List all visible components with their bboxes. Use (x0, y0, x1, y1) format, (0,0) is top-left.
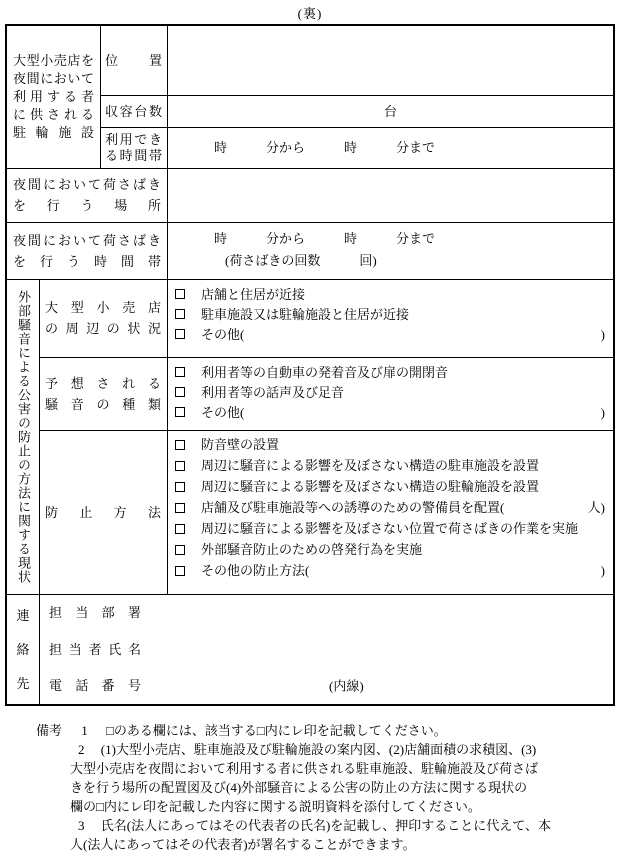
checkbox[interactable] (175, 461, 185, 471)
checkbox-label: 利用者等の話声及び足音 (201, 384, 344, 401)
checkbox[interactable] (175, 545, 185, 555)
note-text: 人(法人にあってはその代表者)が署名することができます。 (70, 837, 416, 852)
checkbox-item: 店舗及び駐車施設等への誘導のための警備員を配置( 人) (175, 497, 605, 518)
note-text: (1)大型小売店、駐車施設及び駐輪施設の案内図、(2)店舗面積の求積図、(3) (101, 742, 536, 757)
checkbox-item: その他( ) (175, 324, 605, 344)
checkbox[interactable] (175, 329, 185, 339)
contact-side-heading: 連 絡 先 (7, 594, 39, 704)
note-line: きを行う場所の配置図及び(4)外部騒音による公害の防止の方法に関する現状の (70, 780, 527, 795)
checkbox-item: 外部騒音防止のための啓発行為を実施 (175, 539, 605, 560)
checkbox-label: 外部騒音防止のための啓発行為を実施 (201, 541, 422, 558)
checkbox-label: その他( (201, 404, 244, 421)
contact-side-char: 連 (16, 607, 29, 624)
checkbox-label: 店舗と住居が近接 (201, 286, 305, 303)
location-label: 位置 (105, 52, 162, 69)
surroundings-label-line: の周辺の状況 (45, 318, 161, 339)
checkbox[interactable] (175, 524, 185, 534)
expected-noise-label-cell: 予想される 騒音の種類 (39, 357, 167, 430)
checkbox-item: 周辺に騒音による影響を及ぼさない位置で荷さばきの作業を実施 (175, 518, 605, 539)
note-line: 欄の□内にレ印を記載した内容に関する説明資料を添付してください。 (70, 799, 481, 814)
checkbox[interactable] (175, 503, 185, 513)
prevention-options: 防音壁の設置 周辺に騒音による影響を及ぼさない構造の駐車施設を設置 周辺に騒音に… (168, 430, 613, 594)
note-number: 3 (78, 818, 85, 833)
loading-hours-label-cell: 夜間において荷さばき を行う時間帯 (7, 222, 167, 279)
checkbox-label: 利用者等の自動車の発着音及び扉の開閉音 (201, 364, 448, 381)
contact-department-label: 担当部署 (49, 604, 141, 621)
page-title: (裏) (0, 3, 620, 22)
checkbox-item: その他の防止方法( ) (175, 560, 605, 581)
contact-extension-label: (内線) (329, 677, 364, 694)
surroundings-label-cell: 大型小売店 の周辺の状況 (39, 279, 167, 357)
loading-hours-template: 時 分から 時 分まで (168, 228, 613, 250)
note-text: □のある欄には、該当する□内にレ印を記載してください。 (106, 723, 447, 738)
checkbox-label: 周辺に騒音による影響を及ぼさない構造の駐輪施設を設置 (201, 478, 539, 495)
checkbox-item: その他( ) (175, 402, 605, 422)
location-input-area[interactable] (168, 26, 613, 95)
prevention-label-cell: 防止方法 (39, 430, 167, 594)
checkbox-tail: 人) (588, 499, 605, 516)
checkbox-tail: ) (601, 404, 605, 421)
surroundings-label-line: 大型小売店 (45, 297, 161, 318)
note-line: 備考 1 □のある欄には、該当する□内にレ印を記載してください。 (36, 723, 447, 738)
note-text: 氏名(法人にあってはその代表者の氏名)を記載し、押印することに代えて、本 (101, 818, 551, 833)
checkbox-label: その他の防止方法( (201, 562, 309, 579)
checkbox-tail: ) (601, 326, 605, 343)
note-line: 大型小売店を夜間において利用する者に供される駐車施設、駐輪施設及び荷さば (70, 761, 538, 776)
contact-department-row[interactable]: 担当部署 (40, 594, 613, 631)
contact-side-char: 絡 (16, 641, 29, 658)
capacity-unit: 台 (384, 103, 397, 120)
capacity-label: 収容台数 (105, 103, 162, 120)
heading-line: 夜間において (13, 70, 94, 88)
usable-hours-label-cell: 利用でき る時間帯 (100, 127, 167, 168)
usable-hours-template: 時 分から 時 分まで (214, 139, 435, 156)
note-line: 人(法人にあってはその代表者)が署名することができます。 (70, 837, 416, 852)
checkbox-label: 駐車施設又は駐輪施設と住居が近接 (201, 306, 409, 323)
loading-place-label-line: を行う場所 (13, 195, 161, 216)
contact-main: 担当部署 担当者氏名 電話番号 (内線) (40, 594, 613, 704)
checkbox-tail: ) (601, 562, 605, 579)
checkbox-item: 周辺に騒音による影響を及ぼさない構造の駐車施設を設置 (175, 455, 605, 476)
expected-noise-options: 利用者等の自動車の発着音及び扉の開閉音 利用者等の話声及び足音 その他( ) (168, 357, 613, 430)
loading-hours-label-line: を行う時間帯 (13, 251, 161, 272)
contact-phone-row[interactable]: 電話番号 (内線) (40, 667, 613, 704)
checkbox-item: 駐車施設又は駐輪施設と住居が近接 (175, 304, 605, 324)
checkbox-label: 防音壁の設置 (201, 436, 279, 453)
expected-noise-label-line: 予想される (45, 373, 161, 394)
checkbox[interactable] (175, 367, 185, 377)
heading-line: 駐輪施設 (13, 124, 94, 142)
note-text: 大型小売店を夜間において利用する者に供される駐車施設、駐輪施設及び荷さば (70, 761, 538, 776)
heading-line: 大型小売店を (13, 52, 94, 70)
checkbox[interactable] (175, 309, 185, 319)
heading-line: に供される (13, 106, 94, 124)
prevention-label: 防止方法 (45, 504, 161, 521)
checkbox[interactable] (175, 440, 185, 450)
checkbox[interactable] (175, 482, 185, 492)
checkbox-item: 店舗と住居が近接 (175, 284, 605, 304)
loading-place-label-line: 夜間において荷さばき (13, 174, 161, 195)
checkbox-item: 利用者等の話声及び足音 (175, 382, 605, 402)
usable-hours-label-line: る時間帯 (105, 148, 162, 164)
form-sheet: (裏) 大型小売店を 夜間において 利用する者 に供される 駐輪施設 位置 収容… (0, 0, 620, 852)
checkbox-label: その他( (201, 326, 244, 343)
checkbox-label: 周辺に騒音による影響を及ぼさない構造の駐車施設を設置 (201, 457, 539, 474)
loading-place-input-area[interactable] (168, 168, 613, 222)
checkbox-item: 利用者等の自動車の発着音及び扉の開閉音 (175, 362, 605, 382)
contact-side-char: 先 (16, 675, 29, 692)
notes-heading: 備考 (36, 723, 62, 738)
checkbox-label: 周辺に騒音による影響を及ぼさない位置で荷さばきの作業を実施 (201, 520, 578, 537)
note-text: 欄の□内にレ印を記載した内容に関する説明資料を添付してください。 (70, 799, 481, 814)
expected-noise-label-line: 騒音の種類 (45, 394, 161, 415)
loading-count-template: (荷さばきの回数 回) (168, 250, 613, 272)
heading-line: 利用する者 (13, 88, 94, 106)
surroundings-options: 店舗と住居が近接 駐車施設又は駐輪施設と住居が近接 その他( ) (168, 279, 613, 357)
checkbox[interactable] (175, 387, 185, 397)
noise-side-heading-cell: 外部騒音による公害の防止の方法に関する現状 (7, 279, 39, 594)
checkbox[interactable] (175, 566, 185, 576)
contact-phone-label: 電話番号 (49, 677, 141, 694)
note-number: 1 (81, 723, 88, 738)
checkbox[interactable] (175, 289, 185, 299)
checkbox[interactable] (175, 407, 185, 417)
note-text: きを行う場所の配置図及び(4)外部騒音による公害の防止の方法に関する現状の (70, 780, 527, 795)
loading-hours-input-area[interactable]: 時 分から 時 分まで (荷さばきの回数 回) (168, 222, 613, 279)
capacity-input-area[interactable]: 台 (168, 95, 613, 127)
usable-hours-label-line: 利用でき (105, 132, 162, 148)
contact-person-label: 担当者氏名 (49, 641, 141, 658)
location-label-cell: 位置 (100, 26, 167, 95)
usable-hours-input-area[interactable]: 時 分から 時 分まで (168, 127, 613, 168)
note-number: 2 (78, 742, 85, 757)
note-line: 3 氏名(法人にあってはその代表者の氏名)を記載し、押印することに代えて、本 (78, 818, 551, 833)
bicycle-facility-heading: 大型小売店を 夜間において 利用する者 に供される 駐輪施設 (7, 26, 100, 168)
checkbox-item: 防音壁の設置 (175, 434, 605, 455)
capacity-label-cell: 収容台数 (100, 95, 167, 127)
contact-person-row[interactable]: 担当者氏名 (40, 631, 613, 668)
checkbox-item: 周辺に騒音による影響を及ぼさない構造の駐輪施設を設置 (175, 476, 605, 497)
loading-place-label-cell: 夜間において荷さばき を行う場所 (7, 168, 167, 222)
noise-side-heading: 外部騒音による公害の防止の方法に関する現状 (8, 290, 38, 584)
note-line: 2 (1)大型小売店、駐車施設及び駐輪施設の案内図、(2)店舗面積の求積図、(3… (78, 742, 536, 757)
checkbox-label: 店舗及び駐車施設等への誘導のための警備員を配置( (201, 499, 504, 516)
loading-hours-label-line: 夜間において荷さばき (13, 230, 161, 251)
